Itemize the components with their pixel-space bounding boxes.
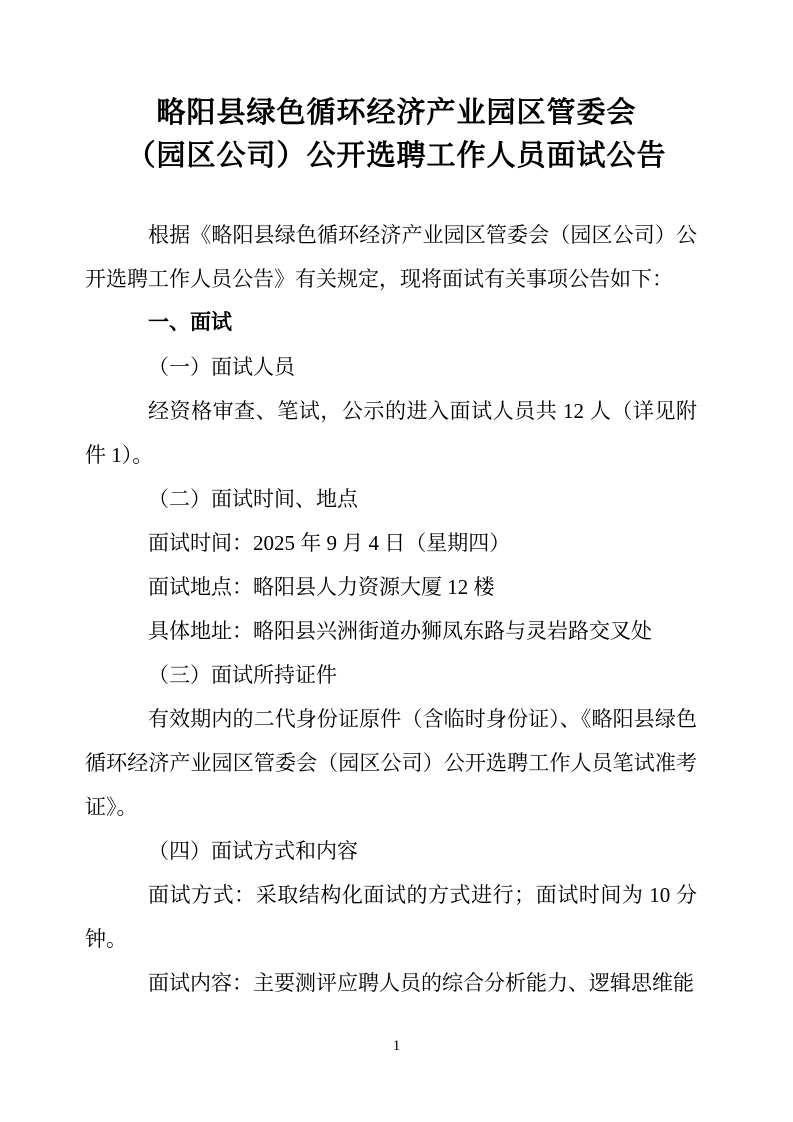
title-line-2: （园区公司）公开选聘工作人员面试公告 <box>0 135 793 178</box>
paragraph-interview-address: 具体地址：略阳县兴洲街道办狮凤东路与灵岩路交叉处 <box>85 609 697 653</box>
subsection-heading-required-documents: （三）面试所持证件 <box>85 653 697 697</box>
paragraph-intro: 根据《略阳县绿色循环经济产业园区管委会（园区公司）公开选聘工作人员公告》有关规定… <box>85 213 697 301</box>
document-page: 略阳县绿色循环经济产业园区管委会 （园区公司）公开选聘工作人员面试公告 根据《略… <box>0 0 793 1122</box>
paragraph-interview-location: 面试地点：略阳县人力资源大厦 12 楼 <box>85 565 697 609</box>
paragraph-interview-method: 面试方式：采取结构化面试的方式进行；面试时间为 10 分钟。 <box>85 873 697 961</box>
subsection-heading-method-content: （四）面试方式和内容 <box>85 829 697 873</box>
paragraph-required-documents: 有效期内的二代身份证原件（含临时身份证）、《略阳县绿色循环经济产业园区管委会（园… <box>85 697 697 829</box>
paragraph-interview-content: 面试内容：主要测评应聘人员的综合分析能力、逻辑思维能 <box>85 961 697 1005</box>
document-title: 略阳县绿色循环经济产业园区管委会 （园区公司）公开选聘工作人员面试公告 <box>0 92 793 178</box>
paragraph-interviewees: 经资格审查、笔试，公示的进入面试人员共 12 人（详见附件 1）。 <box>85 389 697 477</box>
section-heading-interview: 一、面试 <box>85 301 697 345</box>
paragraph-interview-time: 面试时间：2025 年 9 月 4 日（星期四） <box>85 521 697 565</box>
title-line-1: 略阳县绿色循环经济产业园区管委会 <box>0 92 793 135</box>
document-body: 根据《略阳县绿色循环经济产业园区管委会（园区公司）公开选聘工作人员公告》有关规定… <box>85 213 697 1005</box>
subsection-heading-interviewees: （一）面试人员 <box>85 345 697 389</box>
page-number: 1 <box>0 1037 793 1055</box>
subsection-heading-time-place: （二）面试时间、地点 <box>85 477 697 521</box>
